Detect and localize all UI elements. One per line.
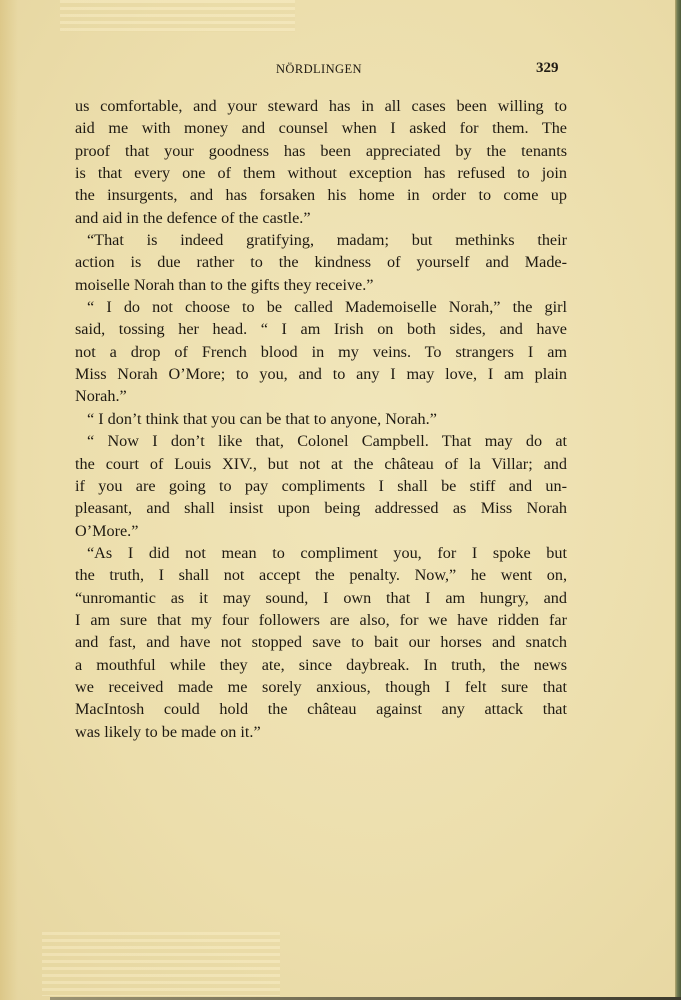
text-line: aid me with money and counsel when I ask… — [75, 117, 567, 139]
paragraph: “ I do not choose to be called Mademoise… — [75, 296, 567, 408]
text-line: MacIntosh could hold the château against… — [75, 698, 567, 720]
paragraph: “ Now I don’t like that, Colonel Campbel… — [75, 430, 567, 542]
text-line: “That is indeed gratifying, madam; but m… — [75, 229, 567, 251]
running-head: NÖRDLINGEN 329 — [0, 60, 681, 80]
scan-artifact-bottom — [42, 932, 280, 996]
text-line: and aid in the defence of the castle.” — [75, 207, 567, 229]
text-line: we received made me sorely anxious, thou… — [75, 676, 567, 698]
page-edge-right — [675, 0, 681, 1000]
text-line: “ Now I don’t like that, Colonel Campbel… — [75, 430, 567, 452]
page-number: 329 — [536, 60, 559, 77]
text-line: Norah.” — [75, 385, 567, 407]
running-head-title: NÖRDLINGEN — [276, 62, 362, 77]
text-line: I am sure that my four followers are als… — [75, 609, 567, 631]
text-line: action is due rather to the kindness of … — [75, 251, 567, 273]
text-line: us comfortable, and your steward has in … — [75, 95, 567, 117]
text-line: was likely to be made on it.” — [75, 721, 567, 743]
text-line: Miss Norah O’More; to you, and to any I … — [75, 363, 567, 385]
text-line: the truth, I shall not accept the penalt… — [75, 564, 567, 586]
text-line: proof that your goodness has been apprec… — [75, 140, 567, 162]
text-line: the insurgents, and has forsaken his hom… — [75, 184, 567, 206]
text-line: “ I don’t think that you can be that to … — [75, 408, 567, 430]
text-line: is that every one of them without except… — [75, 162, 567, 184]
paragraph: “As I did not mean to compliment you, fo… — [75, 542, 567, 743]
text-line: “As I did not mean to compliment you, fo… — [75, 542, 567, 564]
text-line: a mouthful while they ate, since daybrea… — [75, 654, 567, 676]
paragraph: “That is indeed gratifying, madam; but m… — [75, 229, 567, 296]
text-line: if you are going to pay compliments I sh… — [75, 475, 567, 497]
body-text: us comfortable, and your steward has in … — [75, 95, 567, 743]
book-page: NÖRDLINGEN 329 us comfortable, and your … — [0, 0, 681, 1000]
text-line: the court of Louis XIV., but not at the … — [75, 453, 567, 475]
text-line: “ I do not choose to be called Mademoise… — [75, 296, 567, 318]
text-line: “unromantic as it may sound, I own that … — [75, 587, 567, 609]
text-line: not a drop of French blood in my veins. … — [75, 341, 567, 363]
text-line: said, tossing her head. “ I am Irish on … — [75, 318, 567, 340]
text-line: and fast, and have not stopped save to b… — [75, 631, 567, 653]
scan-artifact-top — [60, 0, 295, 32]
paragraph: “ I don’t think that you can be that to … — [75, 408, 567, 430]
text-line: pleasant, and shall insist upon being ad… — [75, 497, 567, 519]
text-line: O’More.” — [75, 520, 567, 542]
text-line: moiselle Norah than to the gifts they re… — [75, 274, 567, 296]
paragraph: us comfortable, and your steward has in … — [75, 95, 567, 229]
